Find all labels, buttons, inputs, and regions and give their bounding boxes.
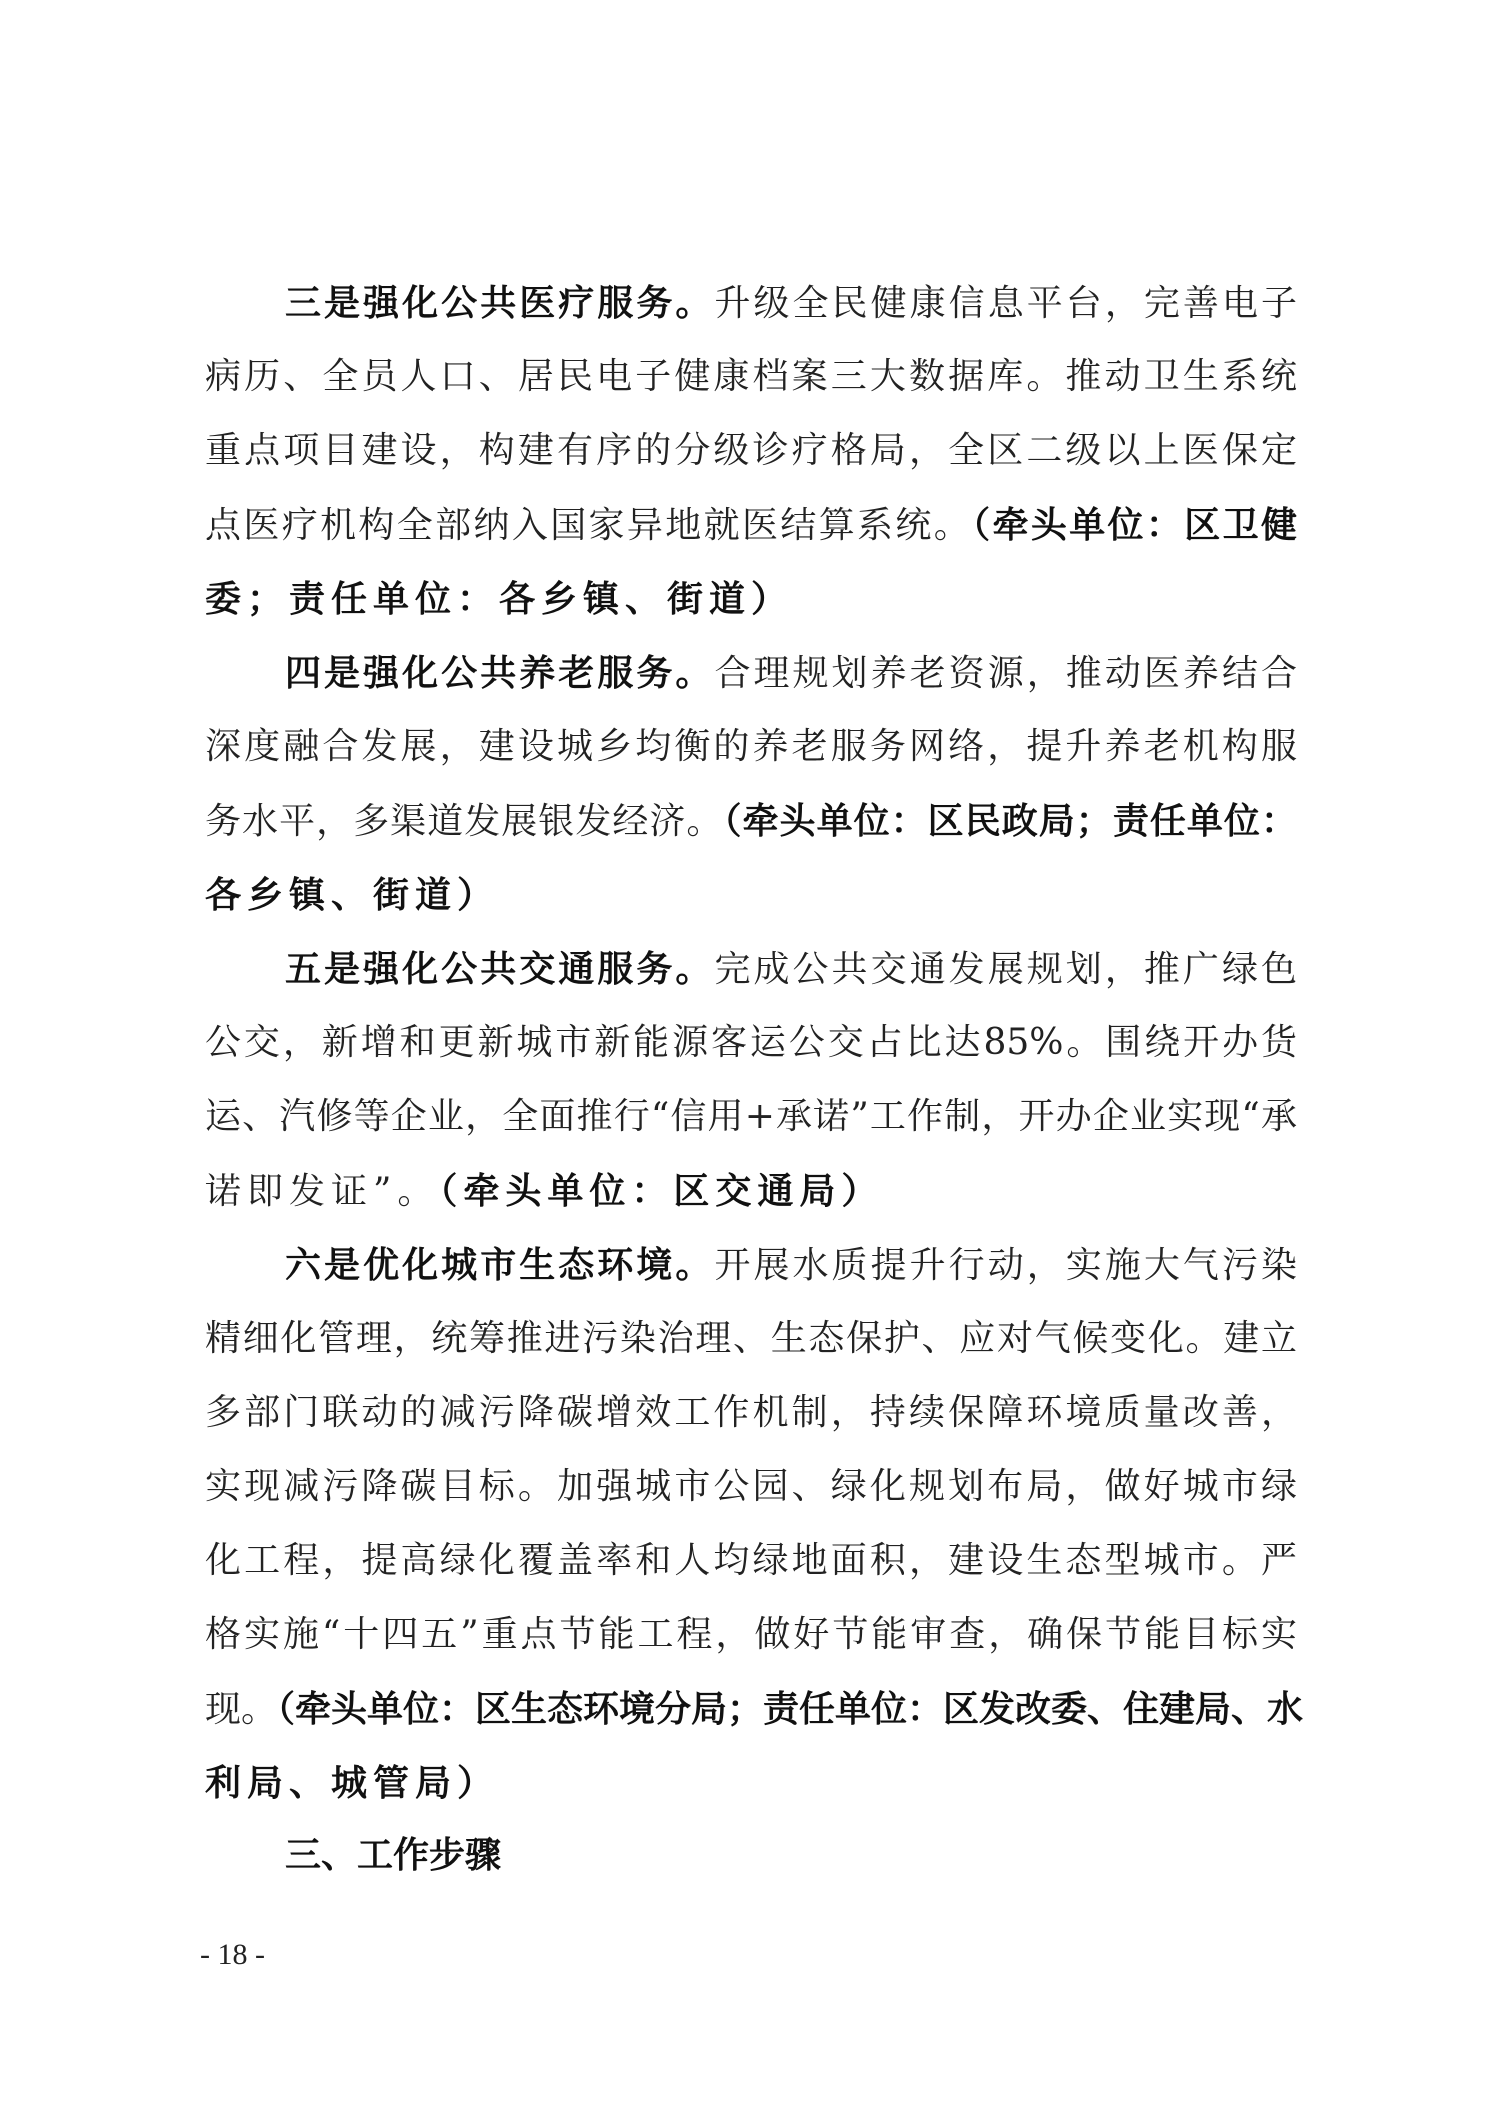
text-line: 病历、全员人口、居民电子健康档案三大数据库。推动卫生系统: [205, 357, 1297, 397]
text-line: 各乡镇、街道）: [205, 875, 1297, 915]
text-line: 四是强化公共养老服务。合理规划养老资源，推动医养结合: [285, 653, 1297, 693]
text-line: 现。（牵头单位：区生态环境分局；责任单位：区发改委、住建局、水: [205, 1689, 1297, 1729]
text-line: 六是优化城市生态环境。开展水质提升行动，实施大气污染: [285, 1245, 1297, 1285]
body-text-run: 完成公共交通发展规划，推广绿色: [714, 949, 1297, 990]
bold-text: 委；责任单位：各乡镇、街道）: [205, 578, 793, 620]
text-line: 运、汽修等企业，全面推行“信用+承诺”工作制，开办企业实现“承: [205, 1097, 1297, 1137]
text-line: 务水平，多渠道发展银发经济。（牵头单位：区民政局；责任单位：: [205, 801, 1297, 841]
text-line: 诺即发证”。（牵头单位：区交通局）: [205, 1171, 1297, 1211]
body-text-run: 点医疗机构全部纳入国家异地就医结算系统。: [205, 505, 972, 546]
bold-text: 利局、城管局）: [205, 1762, 499, 1804]
text-line: 委；责任单位：各乡镇、街道）: [205, 579, 1297, 619]
body-text-run: 格实施“十四五”重点节能工程，做好节能审查，确保节能目标实: [205, 1614, 1297, 1655]
section-heading: 三、工作步骤: [285, 1835, 501, 1875]
text-line: 重点项目建设，构建有序的分级诊疗格局，全区二级以上医保定: [205, 431, 1297, 471]
text-line: 化工程，提高绿化覆盖率和人均绿地面积，建设生态型城市。严: [205, 1541, 1297, 1581]
bold-text: （牵头单位：区交通局）: [439, 1170, 883, 1212]
text-line: 精细化管理，统筹推进污染治理、生态保护、应对气候变化。建立: [205, 1319, 1297, 1359]
bold-text: （牵头单位：区生态环境分局；责任单位：区发改委、住建局、水: [277, 1688, 1303, 1730]
body-text-run: 公交，新增和更新城市新能源客运公交占比达85%。围绕开办货: [205, 1022, 1297, 1063]
bold-text: 三是强化公共医疗服务。: [285, 282, 714, 324]
text-line: 实现减污降碳目标。加强城市公园、绿化规划布局，做好城市绿: [205, 1467, 1297, 1507]
text-line: 利局、城管局）: [205, 1763, 1297, 1803]
bold-text: 四是强化公共养老服务。: [285, 652, 714, 694]
body-text-run: 运、汽修等企业，全面推行“信用+承诺”工作制，开办企业实现“承: [205, 1096, 1297, 1137]
body-text-run: 病历、全员人口、居民电子健康档案三大数据库。推动卫生系统: [205, 356, 1297, 397]
text-line: 多部门联动的减污降碳增效工作机制，持续保障环境质量改善，: [205, 1393, 1297, 1433]
body-text-run: 多部门联动的减污降碳增效工作机制，持续保障环境质量改善，: [205, 1392, 1297, 1433]
body-text-run: 升级全民健康信息平台，完善电子: [714, 283, 1297, 324]
bold-text: 各乡镇、街道）: [205, 874, 499, 916]
page-number: - 18 -: [200, 1938, 265, 1972]
text-line: 点医疗机构全部纳入国家异地就医结算系统。（牵头单位：区卫健: [205, 505, 1297, 545]
body-text-run: 精细化管理，统筹推进污染治理、生态保护、应对气候变化。建立: [205, 1318, 1297, 1359]
bold-text: （牵头单位：区卫健: [972, 504, 1297, 546]
bold-text: 六是优化城市生态环境。: [285, 1244, 714, 1286]
body-text-run: 化工程，提高绿化覆盖率和人均绿地面积，建设生态型城市。严: [205, 1540, 1297, 1581]
body-text-run: 重点项目建设，构建有序的分级诊疗格局，全区二级以上医保定: [205, 430, 1297, 471]
bold-text: 五是强化公共交通服务。: [285, 948, 714, 990]
body-text-run: 务水平，多渠道发展银发经济。: [205, 801, 723, 842]
document-page: 三是强化公共医疗服务。升级全民健康信息平台，完善电子病历、全员人口、居民电子健康…: [0, 0, 1488, 2104]
bold-text: （牵头单位：区民政局；责任单位：: [723, 800, 1297, 842]
body-text-run: 诺即发证”。: [205, 1171, 439, 1212]
text-line: 五是强化公共交通服务。完成公共交通发展规划，推广绿色: [285, 949, 1297, 989]
body-text-run: 合理规划养老资源，推动医养结合: [714, 653, 1297, 694]
text-line: 三是强化公共医疗服务。升级全民健康信息平台，完善电子: [285, 283, 1297, 323]
text-line: 深度融合发展，建设城乡均衡的养老服务网络，提升养老机构服: [205, 727, 1297, 767]
text-line: 公交，新增和更新城市新能源客运公交占比达85%。围绕开办货: [205, 1023, 1297, 1063]
body-text-run: 现。: [205, 1689, 277, 1730]
body-text-run: 深度融合发展，建设城乡均衡的养老服务网络，提升养老机构服: [205, 726, 1297, 767]
text-line: 格实施“十四五”重点节能工程，做好节能审查，确保节能目标实: [205, 1615, 1297, 1655]
body-text-run: 开展水质提升行动，实施大气污染: [714, 1245, 1297, 1286]
body-text-run: 实现减污降碳目标。加强城市公园、绿化规划布局，做好城市绿: [205, 1466, 1297, 1507]
